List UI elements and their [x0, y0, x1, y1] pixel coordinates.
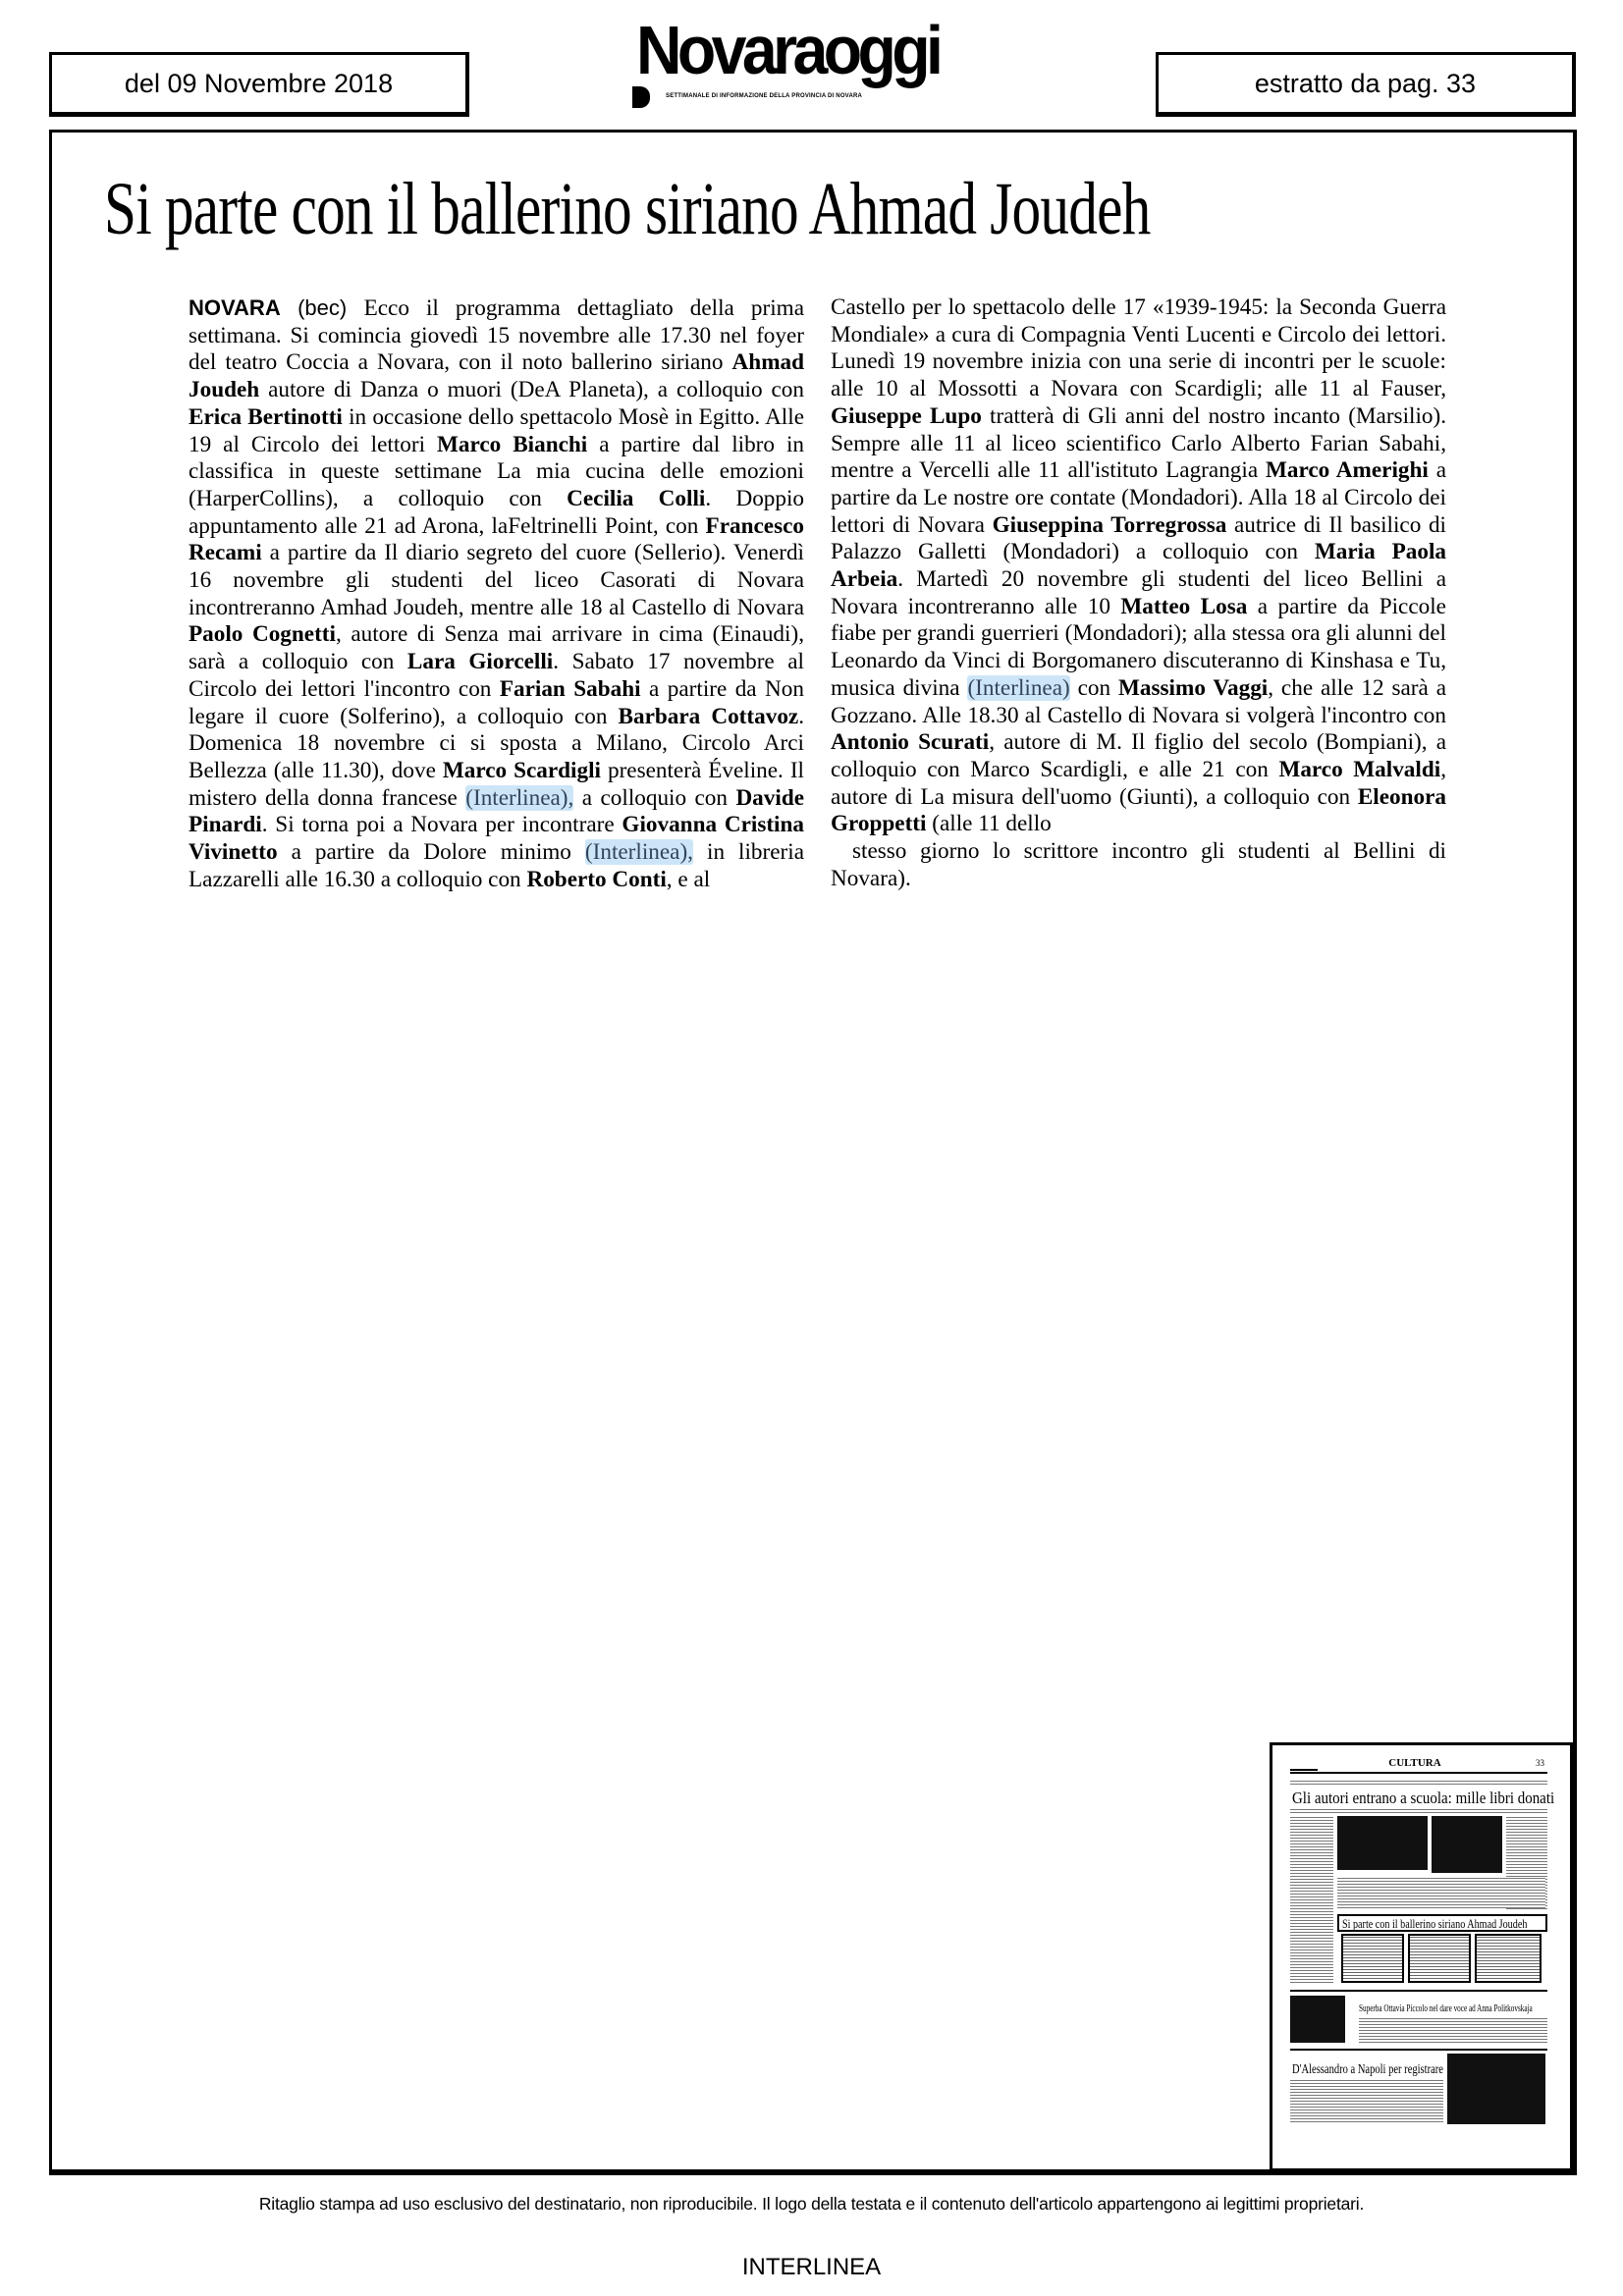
logo-wordmark: Novaraoggi [636, 16, 939, 84]
person-name: Barbara Cottavoz [619, 704, 799, 729]
issue-date: del 09 Novembre 2018 [49, 52, 469, 117]
thumb-masthead-mark [1290, 1769, 1318, 1771]
thumb-text-col [1290, 1816, 1333, 1985]
person-name: Massimo Vaggi [1118, 675, 1268, 701]
page-reference: estratto da pag. 33 [1156, 52, 1576, 117]
thumb-photo-4 [1447, 2054, 1545, 2124]
person-name: Erica Bertinotti [189, 404, 343, 430]
copyright-disclaimer: Ritaglio stampa ad uso esclusivo del des… [0, 2194, 1623, 2215]
thumb-photo-3 [1290, 1996, 1345, 2043]
article-headline: Si parte con il ballerino siriano Ahmad … [104, 172, 1215, 246]
person-name: Giuseppe Lupo [831, 403, 982, 429]
thumb-headline-4: D'Alessandro a Napoli per registrare [1292, 2061, 1443, 2077]
article-text: con [1070, 675, 1118, 701]
logo-mark-icon [632, 86, 650, 108]
thumb-photo-2 [1432, 1816, 1502, 1873]
thumb-article-highlight: Si parte con il ballerino siriano Ahmad … [1337, 1914, 1547, 1932]
person-name: Marco Scardigli [443, 758, 601, 783]
person-name: Antonio Scurati [831, 729, 989, 755]
thumb-rule [1290, 1990, 1547, 1992]
thumb-article-col [1475, 1934, 1542, 1983]
article-column-left: NOVARA (bec) Ecco il programma dettaglia… [189, 294, 804, 893]
source-label: INTERLINEA [0, 2254, 1623, 2281]
person-name: Paolo Cognetti [189, 621, 336, 647]
page-thumbnail: CULTURA 33 Gli autori entrano a scuola: … [1270, 1742, 1574, 2171]
thumb-headline-2: Si parte con il ballerino siriano Ahmad … [1342, 1916, 1527, 1932]
publisher-highlight: (Interlinea), [465, 785, 573, 811]
person-name: Matteo Losa [1120, 594, 1247, 619]
article-text: Castello per lo spettacolo delle 17 «193… [831, 294, 1446, 401]
person-name: Cecilia Colli [567, 486, 705, 511]
person-name: Marco Amerighi [1266, 457, 1429, 483]
issue-date-text: del 09 Novembre 2018 [125, 69, 393, 99]
article-text: autore di Danza o muori (DeA Planeta), a… [259, 377, 804, 402]
thumb-headline-1: Gli autori entrano a scuola: mille libri… [1292, 1789, 1554, 1808]
person-name: Marco Bianchi [437, 432, 587, 457]
thumb-article-col [1408, 1934, 1471, 1983]
person-name: Roberto Conti [526, 867, 666, 892]
thumb-headline-3: Superba Ottavia Piccolo nel dare voce ad… [1359, 2003, 1533, 2014]
article-column-right: Castello per lo spettacolo delle 17 «193… [831, 294, 1446, 892]
article-text: stesso giorno lo scrittore incontro gli … [831, 838, 1446, 891]
page-reference-text: estratto da pag. 33 [1255, 69, 1476, 99]
article-text: . Si torna poi a Novara per incontrare [262, 812, 622, 837]
person-name: Farian Sabahi [500, 676, 641, 702]
person-name: Marco Malvaldi [1278, 757, 1440, 782]
publisher-highlight: (Interlinea), [585, 839, 693, 865]
article-text: (alle 11 dello [926, 811, 1051, 836]
thumb-kicker [1290, 1780, 1547, 1786]
publisher-highlight: (Interlinea) [967, 675, 1069, 701]
thumb-page-number: 33 [1536, 1758, 1544, 1768]
newspaper-logo: Novaraoggi SETTIMANALE DI INFORMAZIONE D… [628, 22, 1001, 110]
thumb-section-title: CULTURA [1272, 1757, 1557, 1769]
person-name: Lara Giorcelli [407, 649, 553, 674]
thumb-rule [1290, 2049, 1547, 2051]
thumb-subtitle [1290, 1808, 1547, 1813]
article-text: a colloquio con [573, 785, 735, 811]
thumb-article-col [1341, 1934, 1404, 1983]
logo-tagline: SETTIMANALE DI INFORMAZIONE DELLA PROVIN… [666, 93, 862, 99]
thumb-rule [1290, 1772, 1547, 1774]
thumb-text-block [1359, 2017, 1547, 2043]
thumb-photo-1 [1337, 1816, 1428, 1870]
article-text: a partire da Il diario segreto del cuore… [189, 540, 804, 619]
person-name: Giuseppina Torregrossa [993, 512, 1227, 538]
thumb-text-block [1290, 2079, 1443, 2122]
dateline: NOVARA [189, 295, 281, 320]
thumb-text-block [1337, 1877, 1545, 1908]
article-text: (bec) [281, 295, 364, 320]
article-text: a partire da Dolore minimo [278, 839, 585, 865]
article-text: , e al [667, 867, 710, 892]
